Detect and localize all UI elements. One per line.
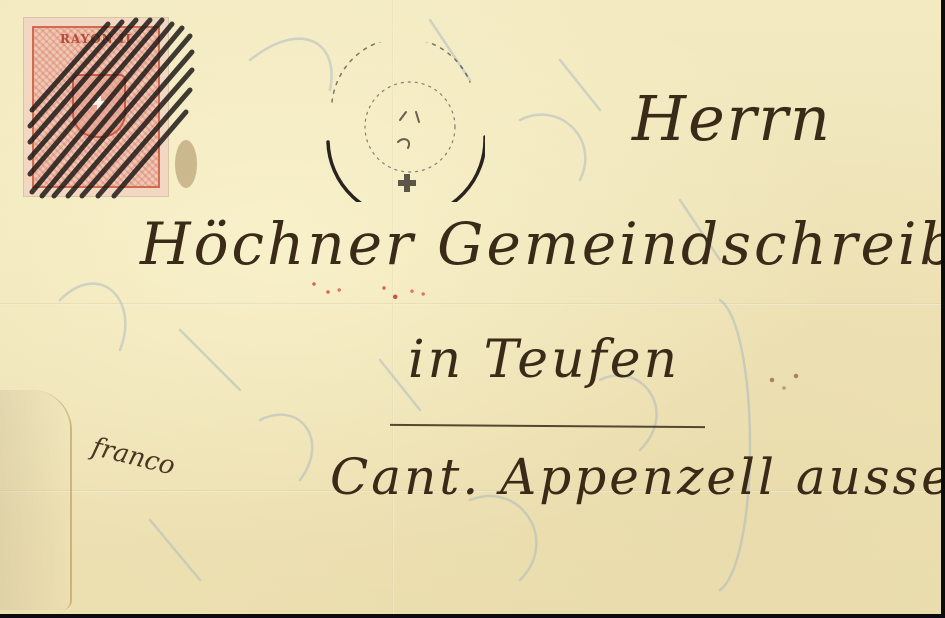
swiss-cross-icon	[398, 174, 416, 192]
address-canton: Cant. Appenzell ausserrh.	[330, 448, 941, 506]
address-town: in Teufen	[408, 330, 680, 390]
address-recipient: Höchner Gemeindschreiber	[140, 210, 941, 278]
postal-cover: RAYON II	[0, 0, 941, 614]
grid-cancellation	[22, 14, 197, 199]
ink-spots	[768, 372, 808, 392]
fold-line	[0, 303, 941, 305]
water-stain	[0, 390, 72, 610]
circular-postmark	[320, 42, 485, 202]
red-marking	[300, 272, 440, 312]
address-salutation: Herrn	[632, 82, 832, 155]
address-underline	[390, 424, 705, 428]
franco-annotation: franco	[89, 432, 178, 482]
